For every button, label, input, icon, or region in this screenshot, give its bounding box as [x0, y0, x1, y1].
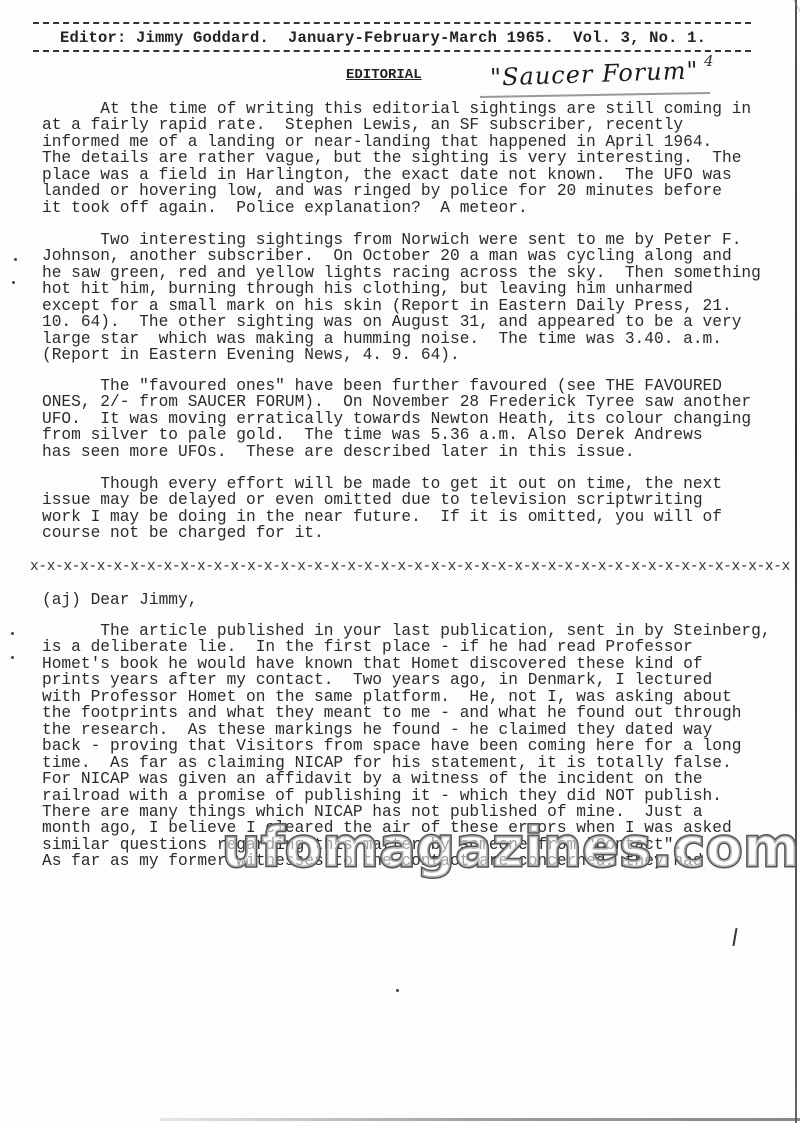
margin-mark — [396, 989, 399, 992]
folded-corner — [743, 0, 800, 40]
stray-pen-mark — [732, 928, 737, 946]
watermark: ufomagazines.com — [222, 816, 800, 879]
handwritten-page-number: 4 — [704, 52, 714, 70]
margin-mark — [11, 656, 14, 659]
section-separator: x-x-x-x-x-x-x-x-x-x-x-x-x-x-x-x-x-x-x-x-… — [30, 559, 790, 575]
masthead: Editor: Jimmy Goddard. January-February-… — [60, 29, 706, 47]
page-bottom-edge — [160, 1118, 800, 1121]
handwritten-annotation: "Saucer Forum" — [490, 56, 699, 91]
page-right-edge — [795, 0, 797, 1123]
editorial-paragraph-4: Though every effort will be made to get … — [42, 476, 722, 542]
handwritten-underline — [480, 92, 710, 98]
margin-mark — [12, 281, 15, 284]
editorial-heading: EDITORIAL — [346, 67, 422, 83]
margin-mark — [11, 632, 14, 635]
masthead-top-rule — [33, 22, 751, 24]
editorial-paragraph-2: Two interesting sightings from Norwich w… — [42, 232, 761, 364]
editorial-paragraph-1: At the time of writing this editorial si… — [42, 101, 751, 216]
margin-mark — [14, 258, 17, 261]
letter-salutation: (aj) Dear Jimmy, — [42, 592, 197, 608]
masthead-bottom-rule — [33, 50, 751, 52]
editorial-paragraph-3: The "favoured ones" have been further fa… — [42, 378, 751, 460]
